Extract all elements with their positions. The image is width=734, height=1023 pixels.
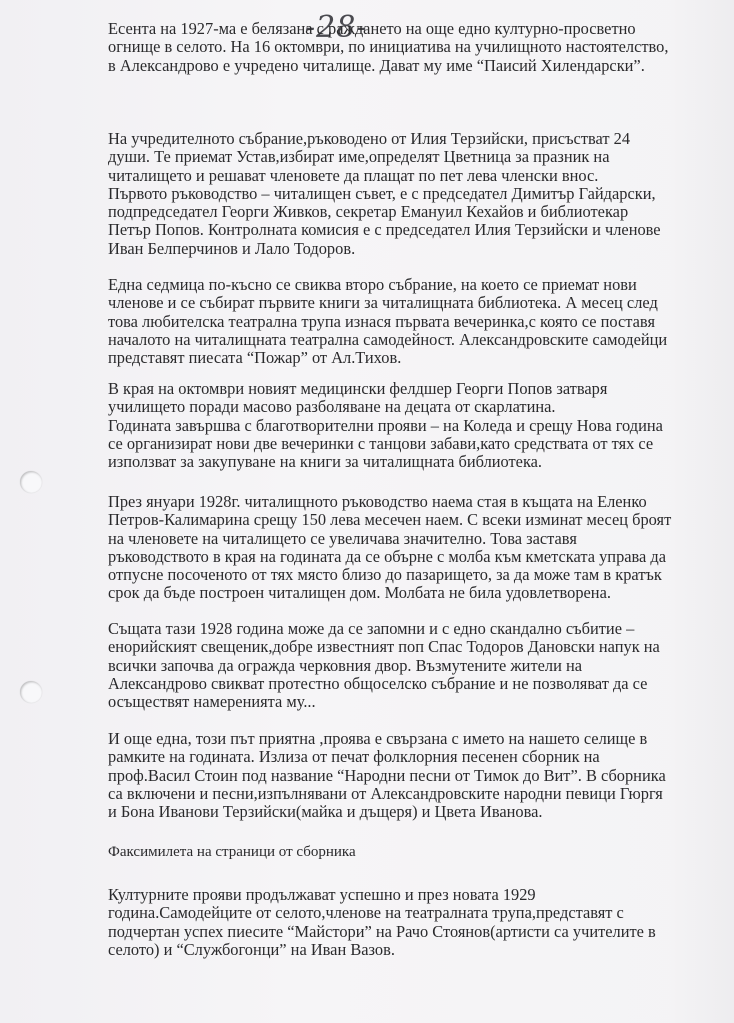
text-line: Есента на 1927-ма е белязана с раждането… [108,20,668,38]
scan-shadow [668,0,734,1023]
text-line: И още една, този път приятна ,проява е с… [108,730,668,748]
text-line: всички започва да огражда черковния двор… [108,657,668,675]
text-line: на членовете на читалището се увеличава … [108,530,668,548]
paragraph-6: Същата тази 1928 година може да се запом… [108,620,668,711]
scanned-page: -28- Есента на 1927-ма е белязана с ражд… [0,0,734,1023]
text-line: използват за закупуване на книги за чита… [108,453,668,471]
text-line: отпусне посоченото от тях място близо до… [108,566,668,584]
text-line: Същата тази 1928 година може да се запом… [108,620,668,638]
text-line: проф.Васил Стоин под название “Народни п… [108,767,668,785]
text-line: членове и се събират първите книги за чи… [108,294,668,312]
text-line: Една седмица по-късно се свиква второ съ… [108,276,668,294]
facsimile-caption: Факсимилета на страници от сборника [108,843,668,861]
text-line: В края на октомври новият медицински фел… [108,380,668,398]
text-line: селото) и “Службогонци” на Иван Вазов. [108,941,668,959]
text-line: На учредителното събрание,ръководено от … [108,130,668,148]
text-line: и Бона Иванови Терзийски(майка и дъщеря)… [108,803,668,821]
text-line: Факсимилета на страници от сборника [108,843,668,861]
text-line: година.Самодейците от селото,членове на … [108,904,668,922]
text-line: рамките на годината. Излиза от печат фол… [108,748,668,766]
text-line: подчертан успех пиесите “Майстори” на Ра… [108,923,668,941]
text-line: През януари 1928г. читалищното ръководст… [108,493,668,511]
punch-hole-icon [20,681,42,703]
text-line: в Александрово е учредено читалище. Дава… [108,57,668,75]
text-line: се организират нови две вечеринки с танц… [108,435,668,453]
paragraph-1: Есента на 1927-ма е белязана с раждането… [108,20,668,75]
text-line: осъществят намеренията му... [108,693,668,711]
paragraph-2: На учредителното събрание,ръководено от … [108,130,668,258]
text-line: Иван Белперчинов и Лало Тодоров. [108,240,668,258]
text-line: са включени и песни,изпълнявани от Алекс… [108,785,668,803]
text-line: училището поради масово разболяване на д… [108,398,668,416]
text-line: Петър Попов. Контролната комисия е с пре… [108,221,668,239]
paragraph-7: И още една, този път приятна ,проява е с… [108,730,668,821]
text-line: ръководството в края на годината да се о… [108,548,668,566]
text-line: това любителска театрална трупа изнася п… [108,313,668,331]
text-line: Александрово свикват протестно общоселск… [108,675,668,693]
text-line: началото на читалищната театрална самоде… [108,331,668,349]
paragraph-5: През януари 1928г. читалищното ръководст… [108,493,668,603]
text-line: срок да бъде построен читалищен дом. Мол… [108,584,668,602]
text-line: огнище в селото. На 16 октомври, по иниц… [108,38,668,56]
text-line: енорийският свещеник,добре известният по… [108,638,668,656]
text-line: души. Те приемат Устав,избират име,опред… [108,148,668,166]
paragraph-4: В края на октомври новият медицински фел… [108,380,668,471]
punch-hole-icon [20,471,42,493]
text-line: представят пиесата “Пожар” от Ал.Тихов. [108,349,668,367]
text-line: Петров-Калимарина срещу 150 лева месечен… [108,511,668,529]
text-line: читалището и решават членовете да плащат… [108,167,668,185]
text-line: Културните прояви продължават успешно и … [108,886,668,904]
paragraph-3: Една седмица по-късно се свиква второ съ… [108,276,668,367]
text-line: подпредседател Георги Живков, секретар Е… [108,203,668,221]
paragraph-8: Културните прояви продължават успешно и … [108,886,668,959]
text-line: Първото ръководство – читалищен съвет, е… [108,185,668,203]
text-line: Годината завършва с благотворителни проя… [108,417,668,435]
